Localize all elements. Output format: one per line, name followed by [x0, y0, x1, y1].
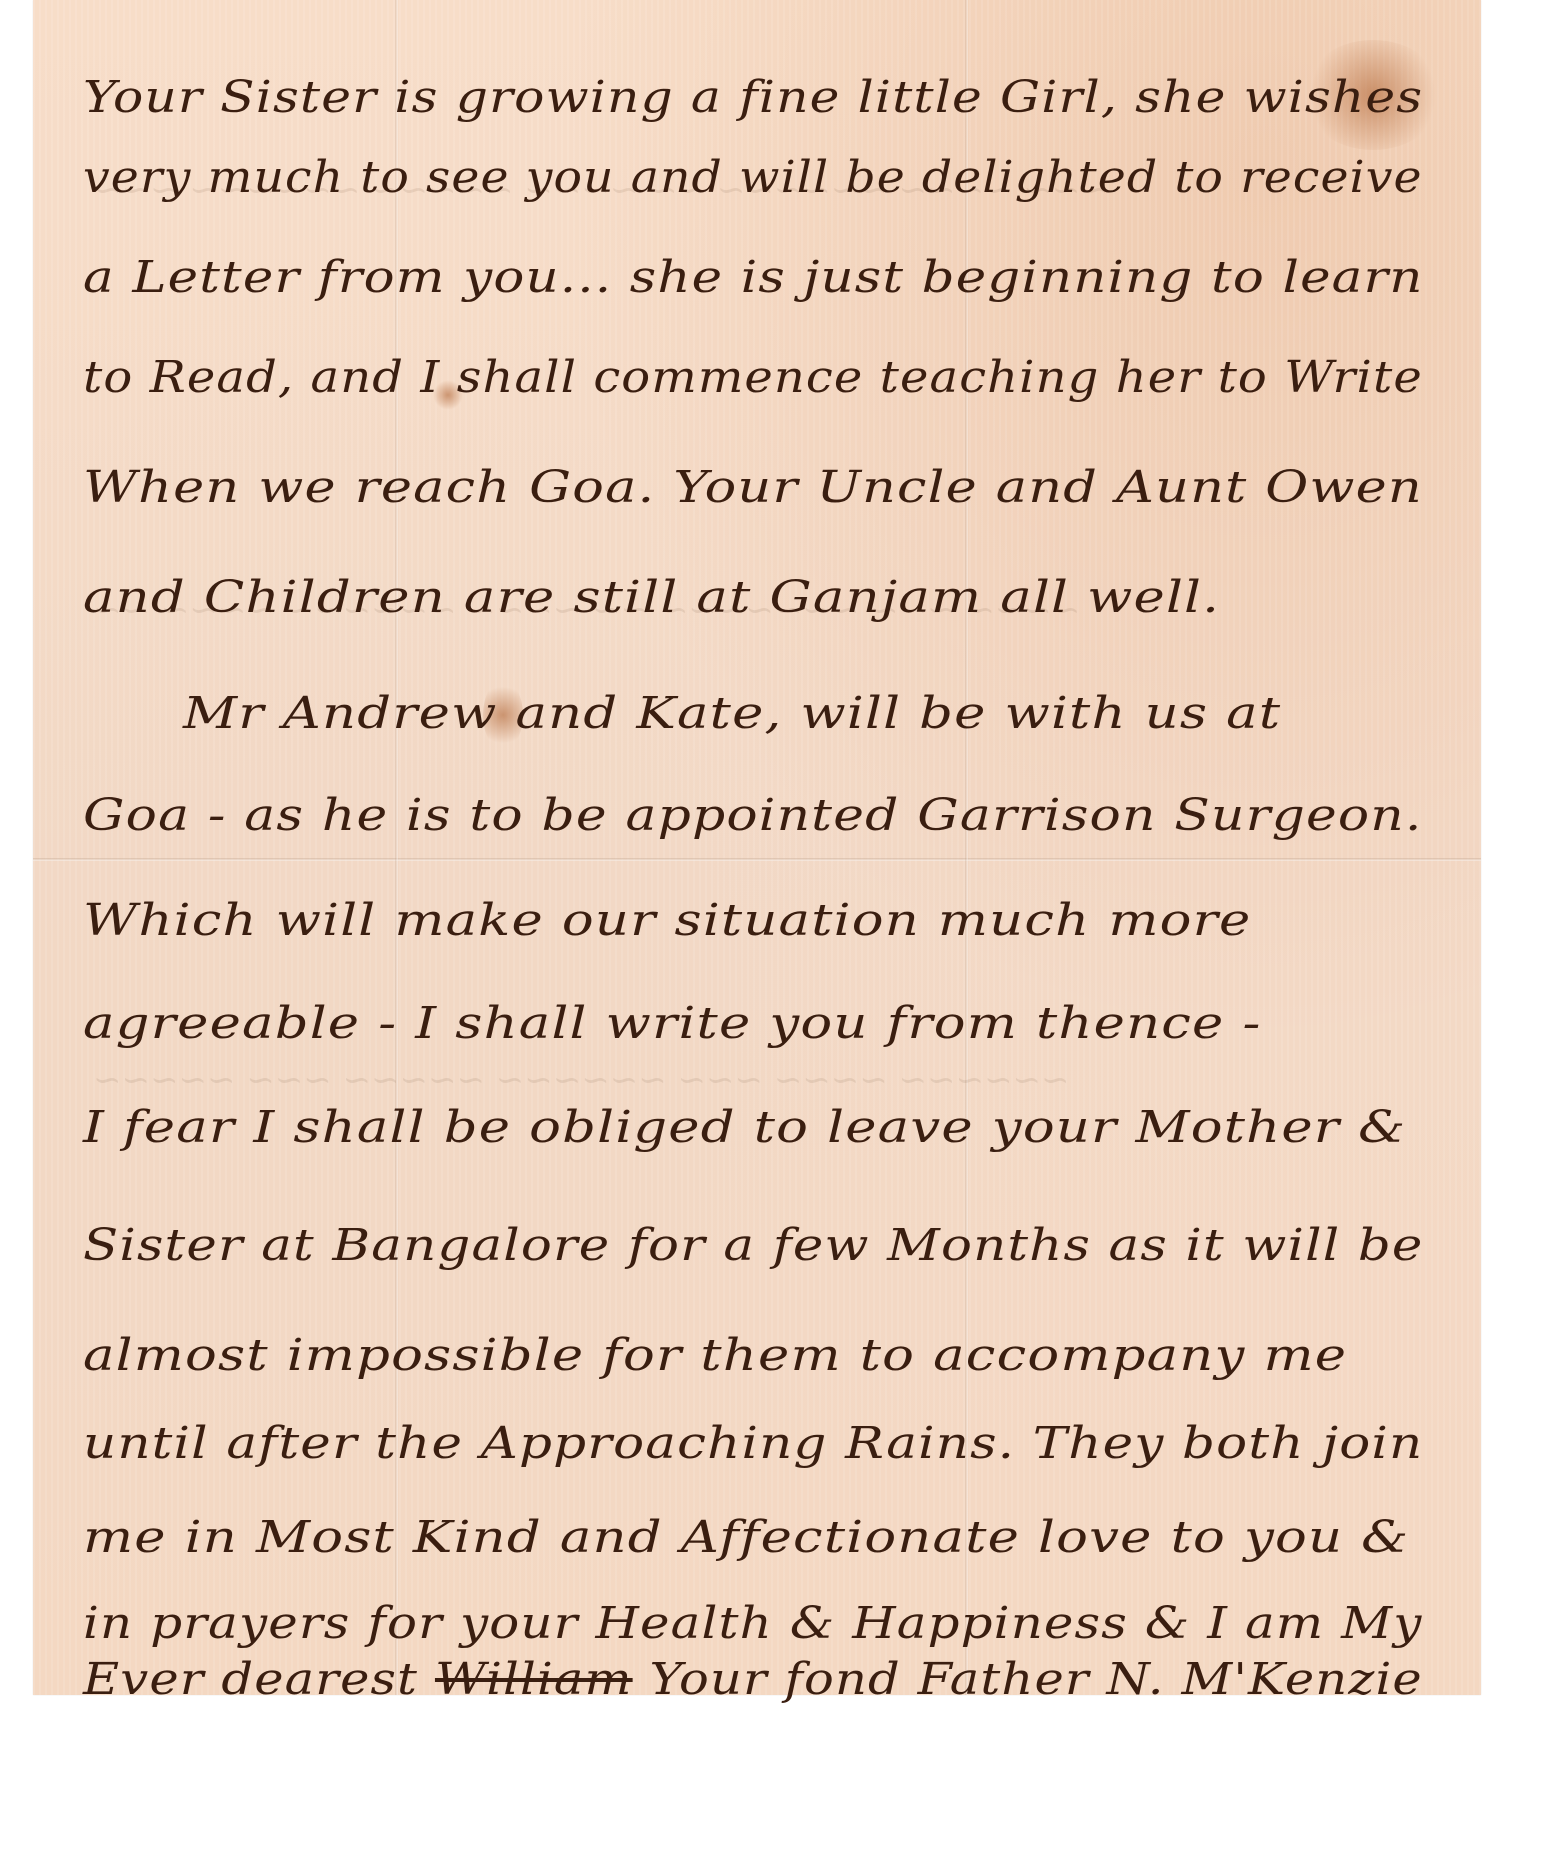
letter-line-4: to Read, and I shall commence teaching h… [83, 352, 1423, 403]
letter-line-11: I fear I shall be obliged to leave your … [83, 1102, 1406, 1153]
letter-line-8: Goa - as he is to be appointed Garrison … [83, 790, 1423, 841]
letter-line-6: and Children are still at Ganjam all wel… [83, 572, 1220, 623]
letter-line-15: me in Most Kind and Affectionate love to… [83, 1512, 1409, 1563]
letter-line-14: until after the Approaching Rains. They … [83, 1418, 1423, 1469]
letter-line-2: very much to see you and will be delight… [83, 152, 1423, 203]
letter-line-12: Sister at Bangalore for a few Months as … [83, 1220, 1423, 1271]
closing-salutation: Ever dearest [83, 1654, 418, 1705]
letter-line-13: almost impossible for them to accompany … [83, 1330, 1347, 1381]
letter-line-3: a Letter from you... she is just beginni… [83, 252, 1423, 303]
letter-closing-signature: Ever dearest William Your fond Father N.… [83, 1654, 1423, 1705]
struck-out-name: William [435, 1654, 633, 1705]
letter-line-10: agreeable - I shall write you from thenc… [83, 998, 1262, 1049]
letter-line-1: Your Sister is growing a fine little Gir… [83, 72, 1423, 123]
letter-line-7: Mr Andrew and Kate, will be with us at [183, 688, 1281, 739]
signature: Your fond Father N. M'Kenzie [650, 1654, 1423, 1705]
reverse-show-through: ~~~~~~ ~~~~ ~~~ ~~~~~~ ~~~~~ ~~~ ~~~~~ [93, 1060, 1069, 1100]
letter-line-5: When we reach Goa. Your Uncle and Aunt O… [83, 462, 1423, 513]
letter-line-9: Which will make our situation much more [83, 895, 1252, 946]
letter-text: ~~~ ~~~~ ~~~~~~ ~~ ~~~~ ~~~~~ ~~~~~~ ~~~… [33, 0, 1481, 1695]
letter-line-16: in prayers for your Health & Happiness &… [83, 1598, 1423, 1649]
